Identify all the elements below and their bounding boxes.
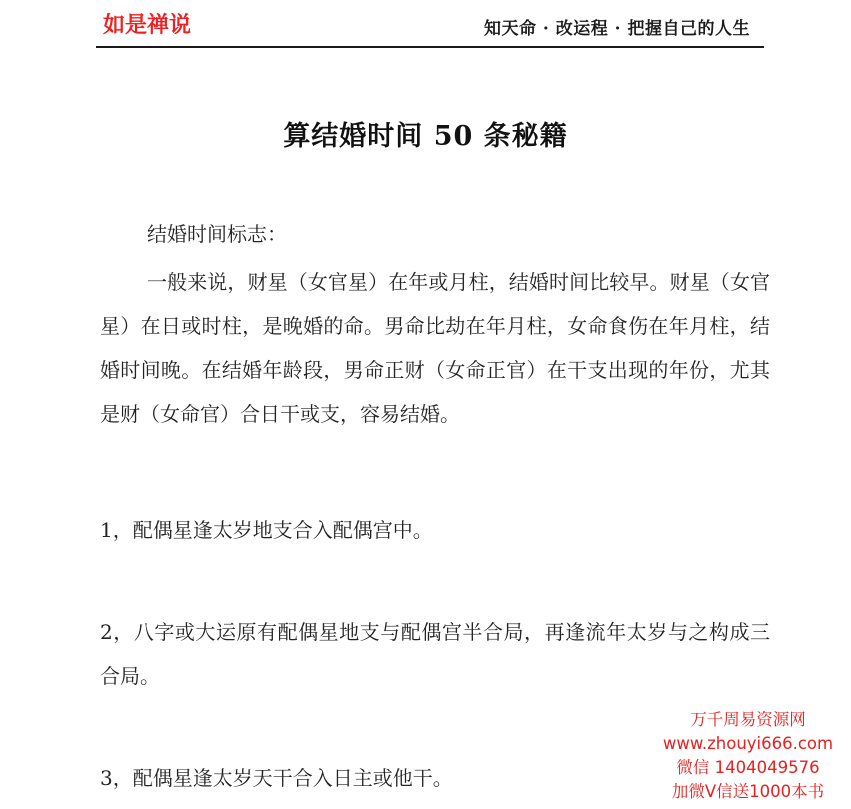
- watermark-url: www.zhouyi666.com: [648, 732, 848, 756]
- watermark-site-name: 万千周易资源网: [648, 708, 848, 732]
- intro-paragraph: 一般来说，财星（女官星）在年或月柱，结婚时间比较早。财星（女官星）在日或时柱，是…: [100, 260, 770, 436]
- section-heading: 结婚时间标志：: [100, 212, 770, 256]
- header-slogan: 知天命 · 改运程 · 把握自己的人生: [484, 14, 750, 39]
- document-title: 算结婚时间 50 条秘籍: [0, 114, 851, 153]
- watermark-promo: 加微V信送1000本书: [648, 780, 848, 804]
- watermark: 万千周易资源网 www.zhouyi666.com 微信 1404049576 …: [648, 708, 848, 804]
- page-header: 如是禅说 知天命 · 改运程 · 把握自己的人生: [96, 0, 764, 48]
- list-item-2: 2，八字或大运原有配偶星地支与配偶宫半合局，再逢流年太岁与之构成三合局。: [100, 610, 770, 698]
- watermark-wechat: 微信 1404049576: [648, 756, 848, 780]
- list-item-1: 1，配偶星逢太岁地支合入配偶宫中。: [100, 508, 770, 552]
- brand-logo-text: 如是禅说: [103, 8, 191, 39]
